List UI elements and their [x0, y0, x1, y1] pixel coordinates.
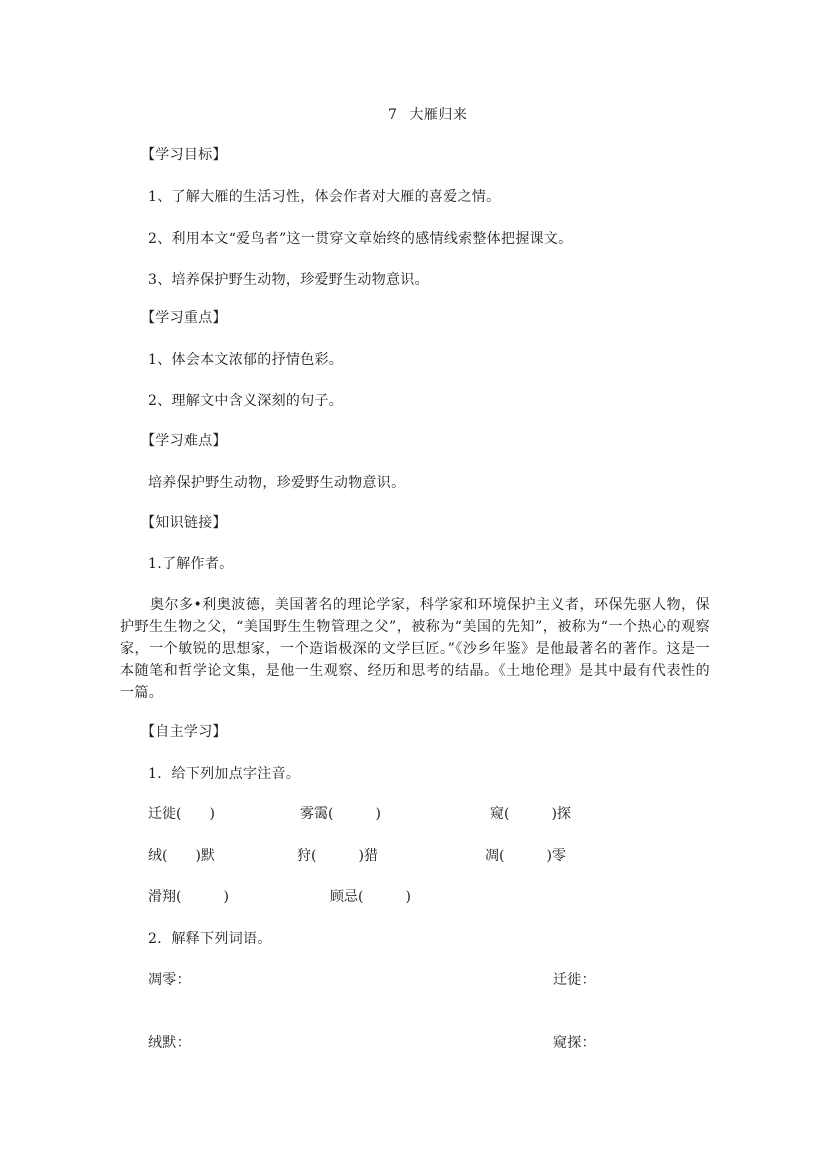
objective-item-1: 1、了解大雁的生活习性，体会作者对大雁的喜爱之情。: [148, 189, 500, 205]
objective-item-2: 2、利用本文“爱鸟者”这一贯穿文章始终的感情线索整体把握课文。: [148, 231, 573, 247]
lesson-number: 7: [388, 107, 397, 123]
heading-objectives: 【学习目标】: [141, 147, 227, 163]
pinyin-item[interactable]: 狩( )猎: [297, 848, 378, 864]
pinyin-item[interactable]: 滑翔( ): [148, 889, 229, 905]
term-label: 绒默：: [148, 1035, 191, 1051]
lesson-title: 大雁归来: [409, 107, 467, 123]
difficulty-item-1: 培养保护野生动物，珍爱野生动物意识。: [148, 475, 405, 491]
document-page: 7大雁归来 【学习目标】 1、了解大雁的生活习性，体会作者对大雁的喜爱之情。 2…: [0, 0, 827, 1169]
term-label: 窥探：: [553, 1035, 596, 1051]
q2-prompt: 2．解释下列词语。: [148, 931, 272, 947]
objective-item-3: 3、培养保护野生动物，珍爱野生动物意识。: [148, 272, 429, 288]
author-paragraph: 奥尔多•利奥波德，美国著名的理论学家，科学家和环境保护主义者，环保先驱人物，保护…: [120, 594, 710, 704]
heading-key-points: 【学习重点】: [141, 310, 227, 326]
q1-prompt: 1．给下列加点字注音。: [148, 766, 300, 782]
term-label: 迁徙：: [553, 972, 596, 988]
pinyin-item[interactable]: 绒( )默: [148, 848, 215, 864]
pinyin-item[interactable]: 顾忌( ): [330, 889, 411, 905]
page-title: 7大雁归来: [388, 104, 467, 124]
pinyin-item[interactable]: 迁徙( ): [148, 806, 215, 822]
term-label: 凋零：: [148, 972, 191, 988]
heading-knowledge-link: 【知识链接】: [141, 515, 227, 531]
knowledge-subheading: 1.了解作者。: [148, 556, 233, 572]
pinyin-item[interactable]: 凋( )零: [485, 848, 566, 864]
key-point-item-2: 2、理解文中含义深刻的句子。: [148, 393, 343, 409]
heading-self-study: 【自主学习】: [141, 724, 227, 740]
key-point-item-1: 1、体会本文浓郁的抒情色彩。: [148, 352, 343, 368]
heading-difficulties: 【学习难点】: [141, 433, 227, 449]
pinyin-item[interactable]: 雾霭( ): [300, 806, 381, 822]
pinyin-item[interactable]: 窥( )探: [490, 806, 571, 822]
